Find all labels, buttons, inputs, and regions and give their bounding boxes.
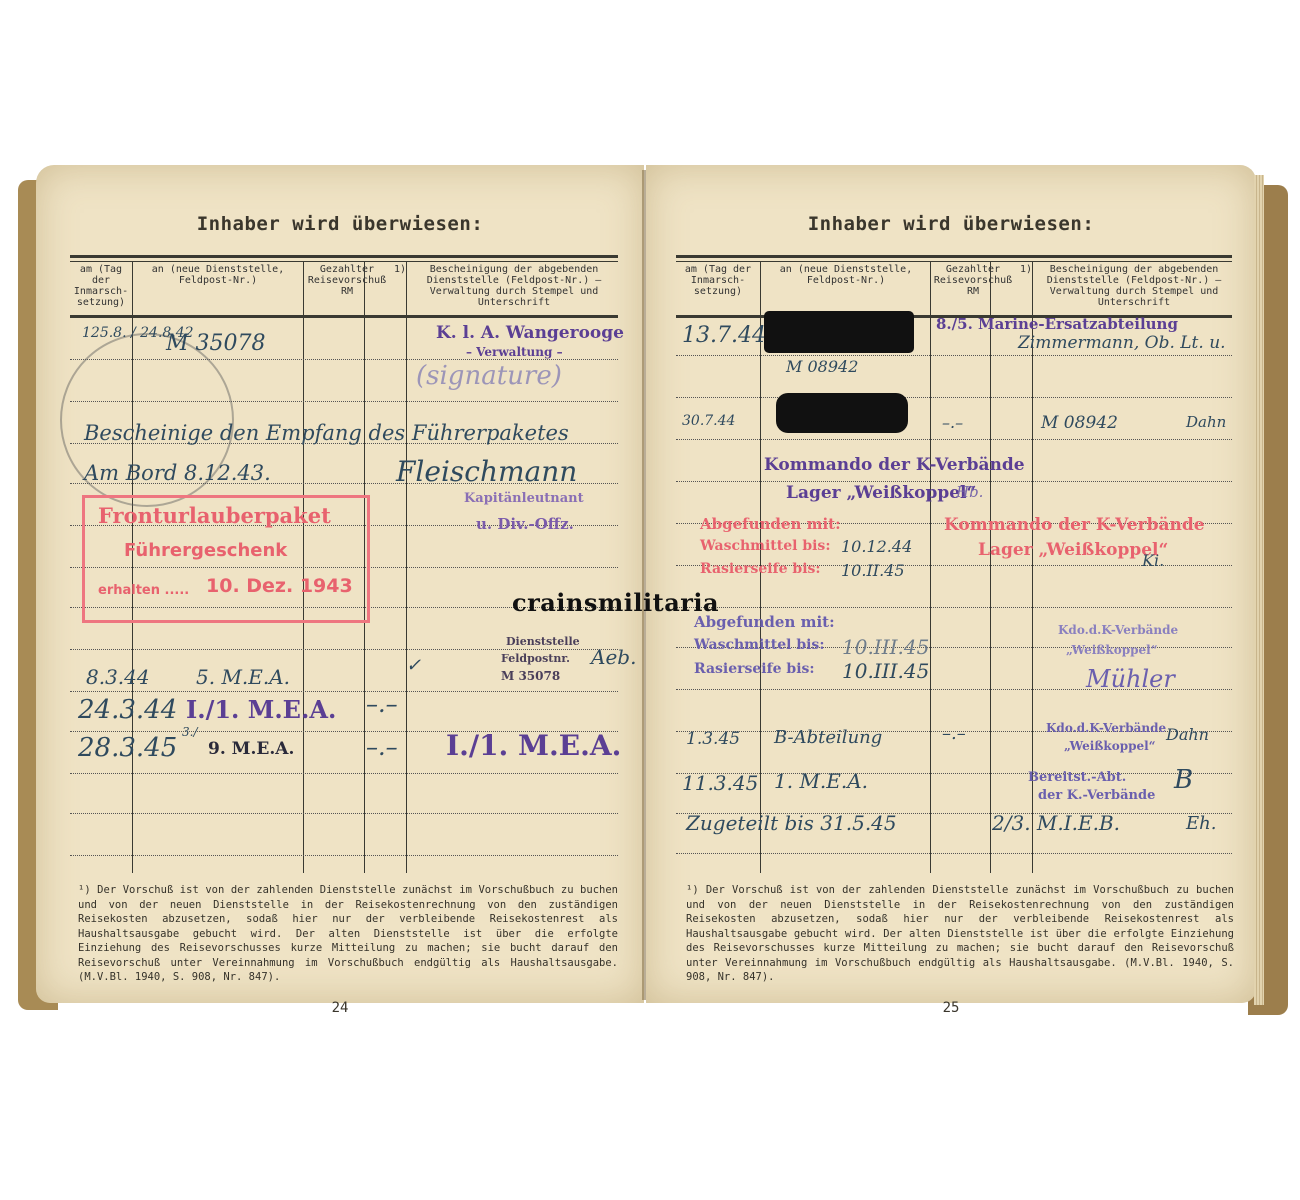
blue-stamp-weisskoppel: „Weißkoppel“ bbox=[1066, 643, 1158, 657]
handwritten-note: Bescheinige den Empfang des Führerpakete… bbox=[84, 421, 569, 445]
red-stamp-fronturlauberpaket: Fronturlauberpaket bbox=[98, 503, 331, 528]
entry-date: 1.3.45 bbox=[686, 729, 740, 749]
signature: Aeb. bbox=[591, 645, 636, 669]
red-stamp-lager: Lager „Weißkoppel“ bbox=[978, 540, 1168, 560]
red-stamp-kommando: Kommando der K-Verbände bbox=[944, 515, 1205, 535]
signature: Zimmermann, Ob. Lt. u. bbox=[1018, 333, 1226, 353]
column-divider bbox=[990, 261, 991, 873]
entry-amount: –.– bbox=[942, 413, 963, 432]
stamp-lager-weisskoppel: Lager „Weißkoppel“ bbox=[786, 483, 976, 503]
page-25: Inhaber wird überwiesen: am (Tag der Inm… bbox=[646, 165, 1256, 1003]
header-footnote-mark: 1) bbox=[1014, 264, 1032, 275]
stamp-unit: I./1. M.E.A. bbox=[446, 729, 621, 762]
entry-destination: M 35078 bbox=[166, 331, 266, 356]
entry-date: 28.3.45 bbox=[78, 733, 177, 763]
entry-date: 30.7.44 bbox=[682, 413, 735, 429]
initials: B bbox=[1174, 765, 1193, 795]
table-rule bbox=[70, 255, 618, 258]
blue-stamp-waschmittel: Waschmittel bis: bbox=[694, 637, 824, 653]
table-rule bbox=[676, 255, 1232, 258]
red-stamp-date: 10. Dez. 1943 bbox=[206, 575, 353, 597]
red-stamp-waschmittel: Waschmittel bis: bbox=[700, 538, 830, 554]
table-rule bbox=[70, 261, 618, 262]
redaction-bar bbox=[764, 311, 914, 353]
entry-feldpost: M 08942 bbox=[1041, 413, 1118, 433]
entry-date: 10.III.45 bbox=[842, 635, 929, 659]
header-date: am (Tag der Inmarsch-setzung) bbox=[70, 264, 132, 308]
stamp-wangerooge: K. l. A. Wangerooge bbox=[436, 323, 624, 343]
blue-stamp-bereitst: Bereitst.-Abt. bbox=[1028, 770, 1126, 785]
signature: (signature) bbox=[416, 361, 562, 391]
checkmark: ✓ bbox=[406, 655, 421, 676]
entry-amount: –.– bbox=[942, 723, 966, 744]
watermark: crainsmilitaria bbox=[512, 588, 719, 617]
blue-stamp-kdo: Kdo.d.K-Verbände bbox=[1046, 721, 1166, 735]
entry-destination: 1. M.E.A. bbox=[774, 769, 868, 793]
entry-feldpost: M 08942 bbox=[786, 357, 858, 376]
initials: Ki. bbox=[1142, 551, 1164, 570]
entry-date: 10.III.45 bbox=[842, 659, 929, 683]
red-stamp-rasierseife: Rasierseife bis: bbox=[700, 561, 821, 577]
entry-unit: 2/3. M.I.E.B. bbox=[992, 811, 1120, 835]
header-advance: Gezahlter Reisevorschuß RM bbox=[932, 264, 1014, 297]
page-edges bbox=[1254, 175, 1264, 1005]
header-footnote-mark: 1) bbox=[388, 264, 406, 275]
entry-date: 10.12.44 bbox=[841, 537, 912, 556]
stamp-kommando-k-verbaende: Kommando der K-Verbände bbox=[764, 455, 1025, 475]
blue-stamp-kdo: Kdo.d.K-Verbände bbox=[1058, 623, 1178, 637]
entry-date: 11.3.45 bbox=[682, 771, 758, 795]
header-advance: Gezahlter Reisevorschuß RM bbox=[306, 264, 388, 297]
entry-date: 24.3.44 bbox=[78, 695, 177, 725]
header-destination: an (neue Dienststelle, Feldpost-Nr.) bbox=[135, 264, 301, 286]
stamp-marine-ersatzabteilung: 8./5. Marine-Ersatzabteilung bbox=[936, 315, 1178, 333]
redaction-bar bbox=[776, 393, 908, 433]
rank-stamp: Kapitänleutnant bbox=[464, 491, 584, 506]
header-certification: Bescheinigung der abgebenden Dienststell… bbox=[1036, 264, 1232, 308]
feldpost-stamp: M 35078 bbox=[501, 669, 560, 683]
entry-amount: –.– bbox=[366, 733, 398, 761]
entry-date: 8.3.44 bbox=[86, 665, 150, 689]
header-certification: Bescheinigung der abgebenden Dienststell… bbox=[410, 264, 618, 308]
red-stamp-abgefunden: Abgefunden mit: bbox=[700, 515, 841, 533]
entry-date: 10.II.45 bbox=[841, 561, 905, 580]
signature: Fleischmann bbox=[396, 455, 577, 488]
page-title: Inhaber wird überwiesen: bbox=[36, 213, 644, 235]
page-24: Inhaber wird überwiesen: am (Tag der Inm… bbox=[36, 165, 644, 1003]
column-divider bbox=[930, 261, 931, 873]
header-date: am (Tag der Inmarsch-setzung) bbox=[676, 264, 760, 297]
header-destination: an (neue Dienststelle, Feldpost-Nr.) bbox=[763, 264, 929, 286]
initials: Hb. bbox=[956, 483, 983, 501]
entry-date: 13.7.44 bbox=[682, 323, 766, 348]
red-stamp-label: erhalten ..... bbox=[98, 583, 189, 598]
entry-destination: 5. M.E.A. bbox=[196, 665, 290, 689]
footnote: ¹) Der Vorschuß ist von der zahlenden Di… bbox=[78, 883, 618, 985]
rank-stamp: u. Div.-Offz. bbox=[476, 515, 574, 533]
initials: Eh. bbox=[1186, 813, 1216, 834]
red-stamp-fuehrergeschenk: Führergeschenk bbox=[124, 540, 287, 561]
page-number: 24 bbox=[36, 1000, 644, 1016]
signature: Dahn bbox=[1186, 413, 1226, 431]
page-number: 25 bbox=[646, 1000, 1256, 1016]
footnote: ¹) Der Vorschuß ist von der zahlenden Di… bbox=[686, 883, 1234, 985]
page-title: Inhaber wird überwiesen: bbox=[646, 213, 1256, 235]
feldpost-stamp: Dienststelle bbox=[506, 635, 580, 648]
entry-prefix: 3./ bbox=[182, 725, 198, 739]
table-rule bbox=[70, 315, 618, 318]
feldpost-stamp: Feldpostnr. bbox=[501, 652, 570, 665]
handwritten-note: Zugeteilt bis 31.5.45 bbox=[686, 811, 897, 835]
stamp-unit: 9. M.E.A. bbox=[208, 739, 294, 759]
blue-stamp-weisskoppel: „Weißkoppel“ bbox=[1064, 739, 1156, 753]
blue-stamp-rasierseife: Rasierseife bis: bbox=[694, 661, 815, 677]
signature: Dahn bbox=[1166, 725, 1209, 744]
handwritten-note: Am Bord 8.12.43. bbox=[84, 461, 271, 485]
stamp-verwaltung: – Verwaltung – bbox=[466, 345, 563, 359]
entry-amount: –.– bbox=[366, 690, 398, 718]
blue-stamp-k-verbaende: der K.-Verbände bbox=[1038, 788, 1155, 803]
signature: Mühler bbox=[1086, 665, 1175, 693]
stamp-unit: I./1. M.E.A. bbox=[186, 695, 336, 724]
entry-destination: B-Abteilung bbox=[774, 727, 882, 748]
